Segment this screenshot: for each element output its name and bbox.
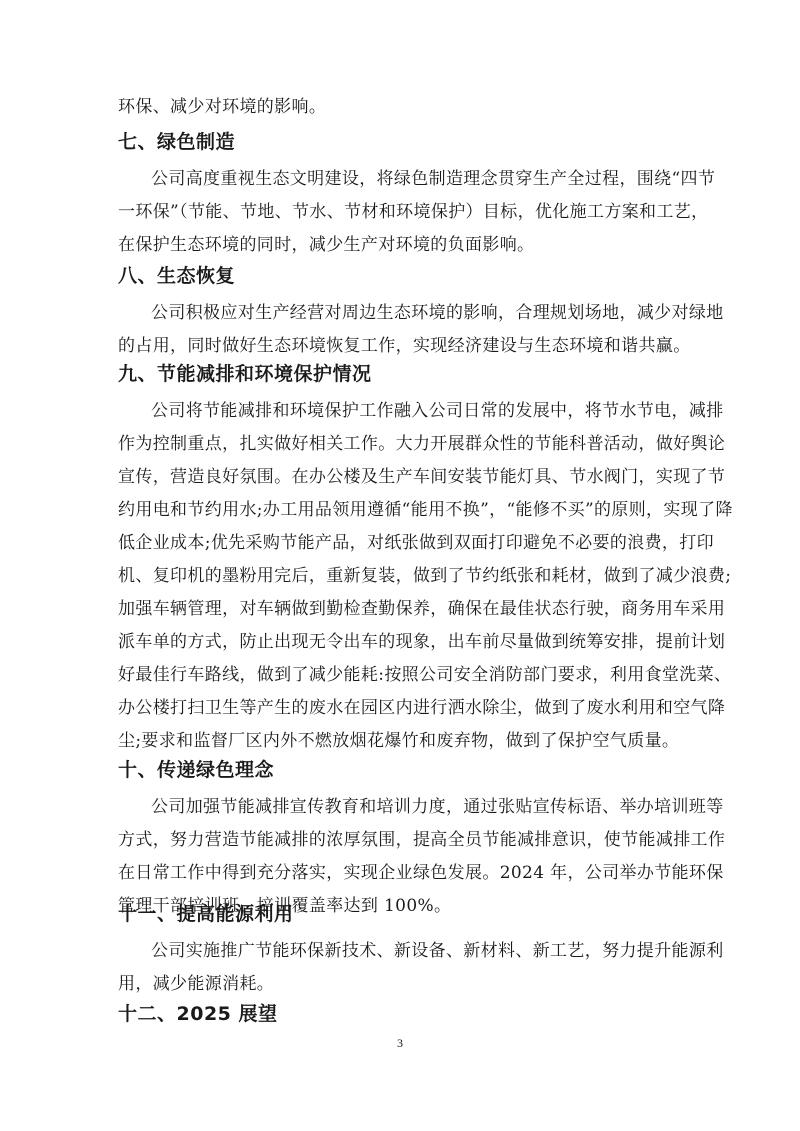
paragraph-line: 低企业成本;优先采购节能产品，对纸张做到双面打印避免不必要的浪费，打印 <box>118 533 683 553</box>
paragraph-line: 办公楼打扫卫生等产生的废水在园区内进行洒水除尘，做到了废水利用和空气降 <box>118 698 683 718</box>
paragraph-line: 派车单的方式，防止出现无令出车的现象，出车前尽量做到统筹安排，提前计划 <box>118 632 683 652</box>
paragraph-line: 用，减少能源消耗。 <box>118 974 683 994</box>
section-heading-energy-saving: 九、节能减排和环境保护情况 <box>118 362 372 386</box>
paragraph-line: 的占用，同时做好生态环境恢复工作，实现经济建设与生态环境和谐共赢。 <box>118 336 683 356</box>
page-number: 3 <box>0 1036 800 1051</box>
paragraph-line: 作为控制重点，扎实做好相关工作。大力开展群众性的节能科普活动，做好舆论 <box>118 434 683 454</box>
paragraph-line: 环保、减少对环境的影响。 <box>118 97 683 117</box>
paragraph-line: 公司加强节能减排宣传教育和培训力度，通过张贴宣传标语、举办培训班等 <box>151 797 683 817</box>
paragraph-line: 好最佳行车路线，做到了减少能耗:按照公司安全消防部门要求，利用食堂洗菜、 <box>118 665 683 685</box>
paragraph-line: 尘;要求和监督厂区内外不燃放烟花爆竹和废弃物，做到了保护空气质量。 <box>118 731 683 751</box>
paragraph-line: 宣传，营造良好氛围。在办公楼及生产车间安装节能灯具、节水阀门，实现了节 <box>118 467 683 487</box>
paragraph-line: 加强车辆管理，对车辆做到勤检查勤保养，确保在最佳状态行驶，商务用车采用 <box>118 599 683 619</box>
paragraph-line: 约用电和节约用水;办工用品领用遵循“能用不换”，“能修不买”的原则，实现了降 <box>118 500 683 520</box>
paragraph-line: 机、复印机的墨粉用完后，重新复装，做到了节约纸张和耗材，做到了减少浪费; <box>118 566 683 586</box>
paragraph-line: 在保护生态环境的同时，减少生产对环境的负面影响。 <box>118 235 683 255</box>
paragraph-line: 公司将节能减排和环境保护工作融入公司日常的发展中，将节水节电，减排 <box>151 401 683 421</box>
document-page: 环保、减少对环境的影响。 七、绿色制造 公司高度重视生态文明建设，将绿色制造理念… <box>0 0 800 1131</box>
paragraph-line: 一环保”（节能、节地、节水、节材和环境保护）目标，优化施工方案和工艺， <box>118 202 683 222</box>
paragraph-line: 方式，努力营造节能减排的浓厚氛围，提高全员节能减排意识，使节能减排工作 <box>118 830 683 850</box>
paragraph-line: 公司高度重视生态文明建设，将绿色制造理念贯穿生产全过程，围绕“四节 <box>151 169 683 189</box>
paragraph-line: 公司积极应对生产经营对周边生态环境的影响，合理规划场地，减少对绿地 <box>151 303 683 323</box>
section-heading-green-concept: 十、传递绿色理念 <box>118 758 274 782</box>
section-heading-ecological-restoration: 八、生态恢复 <box>118 264 235 288</box>
section-heading-2025-outlook: 十二、2025 展望 <box>118 1002 278 1026</box>
section-heading-green-manufacturing: 七、绿色制造 <box>118 130 235 154</box>
paragraph-line: 在日常工作中得到充分落实，实现企业绿色发展。2024 年，公司举办节能环保 <box>118 863 683 883</box>
paragraph-line: 公司实施推广节能环保新技术、新设备、新材料、新工艺，努力提升能源利 <box>151 941 683 961</box>
section-heading-energy-utilization: 十一、提高能源利用 <box>118 902 294 926</box>
